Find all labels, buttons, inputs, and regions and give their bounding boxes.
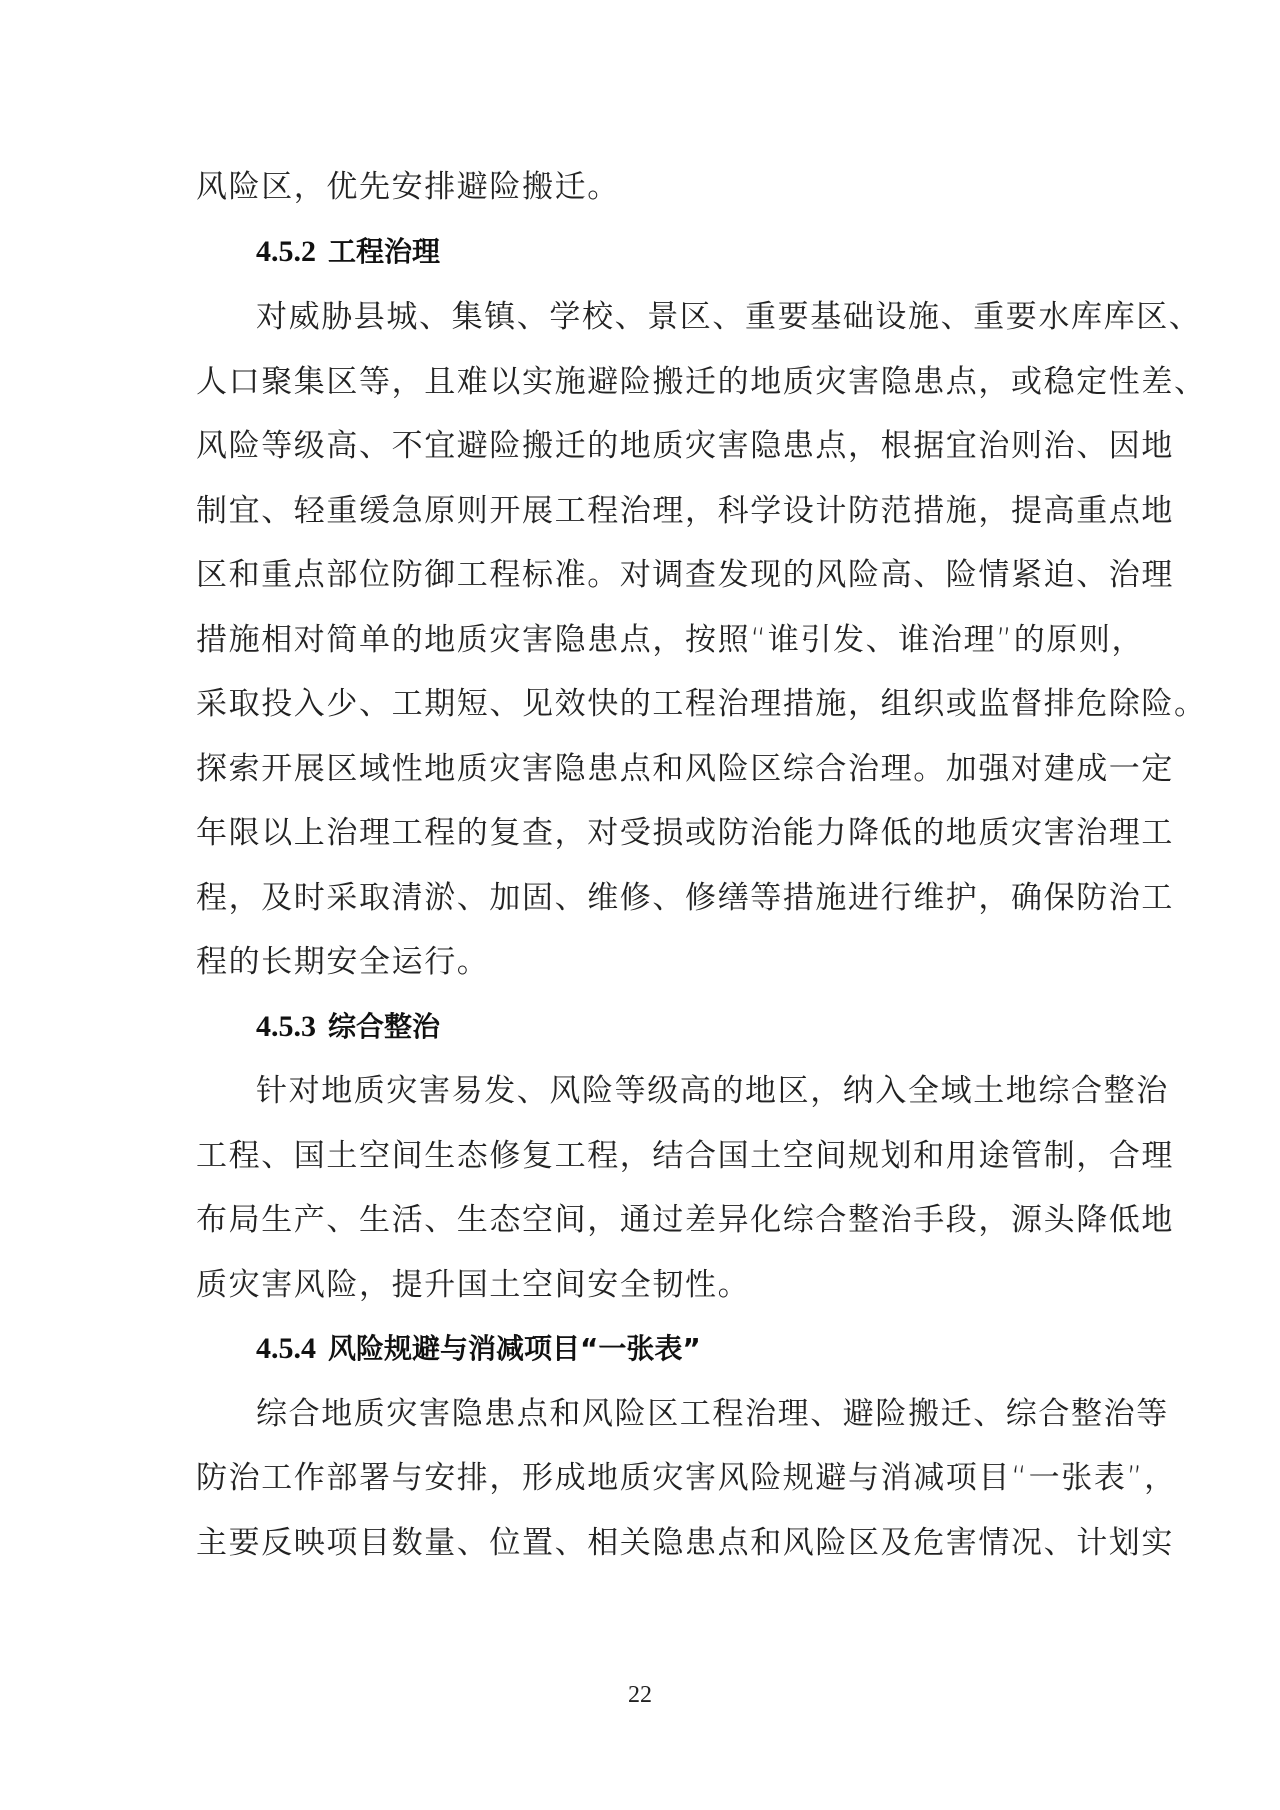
paragraph-line: 综合地质灾害隐患点和风险区工程治理、避险搬迁、综合整治等	[256, 1394, 1096, 1434]
paragraph-line: 人口聚集区等，且难以实施避险搬迁的地质灾害隐患点，或稳定性差、	[196, 362, 1096, 402]
paragraph-line: 风险等级高、不宜避险搬迁的地质灾害隐患点，根据宜治则治、因地	[196, 426, 1096, 466]
document-page: 风险区，优先安排避险搬迁。 4.5.2工程治理 对威胁县城、集镇、学校、景区、重…	[0, 0, 1280, 1810]
paragraph-line: 防治工作部署与安排，形成地质灾害风险规避与消减项目“一张表”，	[196, 1458, 1096, 1498]
heading-title: 综合整治	[328, 1010, 440, 1043]
section-heading-4-5-4: 4.5.4风险规避与消减项目“一张表”	[256, 1329, 701, 1369]
heading-title: 风险规避与消减项目“一张表”	[328, 1332, 701, 1365]
paragraph-line: 对威胁县城、集镇、学校、景区、重要基础设施、重要水库库区、	[256, 297, 1096, 337]
paragraph-line: 风险区，优先安排避险搬迁。	[196, 167, 1096, 207]
paragraph-line: 程的长期安全运行。	[196, 942, 1096, 982]
paragraph-line: 采取投入少、工期短、见效快的工程治理措施，组织或监督排危除险。	[196, 684, 1096, 724]
section-heading-4-5-2: 4.5.2工程治理	[256, 232, 440, 272]
section-heading-4-5-3: 4.5.3综合整治	[256, 1007, 440, 1047]
paragraph-line: 质灾害风险，提升国土空间安全韧性。	[196, 1265, 1096, 1305]
paragraph-line: 年限以上治理工程的复查，对受损或防治能力降低的地质灾害治理工	[196, 813, 1096, 853]
paragraph-line: 措施相对简单的地质灾害隐患点，按照“谁引发、谁治理”的原则，	[196, 620, 1096, 660]
heading-number: 4.5.3	[256, 1010, 316, 1043]
page-number: 22	[0, 1682, 1280, 1709]
heading-number: 4.5.2	[256, 235, 316, 268]
heading-number: 4.5.4	[256, 1332, 316, 1365]
paragraph-line: 针对地质灾害易发、风险等级高的地区，纳入全域土地综合整治	[256, 1071, 1096, 1111]
paragraph-line: 布局生产、生活、生态空间，通过差异化综合整治手段，源头降低地	[196, 1200, 1096, 1240]
paragraph-line: 程，及时采取清淤、加固、维修、修缮等措施进行维护，确保防治工	[196, 878, 1096, 918]
paragraph-line: 主要反映项目数量、位置、相关隐患点和风险区及危害情况、计划实	[196, 1523, 1096, 1563]
paragraph-line: 制宜、轻重缓急原则开展工程治理，科学设计防范措施，提高重点地	[196, 491, 1096, 531]
paragraph-line: 探索开展区域性地质灾害隐患点和风险区综合治理。加强对建成一定	[196, 749, 1096, 789]
paragraph-line: 工程、国土空间生态修复工程，结合国土空间规划和用途管制，合理	[196, 1136, 1096, 1176]
paragraph-line: 区和重点部位防御工程标准。对调查发现的风险高、险情紧迫、治理	[196, 555, 1096, 595]
heading-title: 工程治理	[328, 235, 440, 268]
